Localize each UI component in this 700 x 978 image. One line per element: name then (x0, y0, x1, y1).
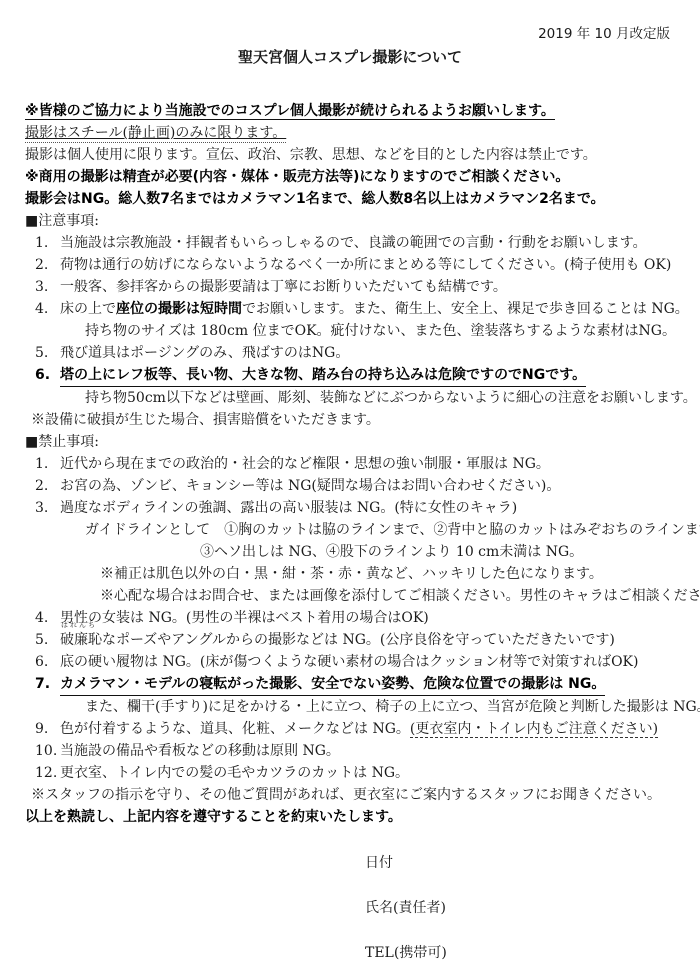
prohibit-item-6: 6. 底の硬い履物は NG。(床が傷つくような硬い素材の場合はクッション材等で対… (25, 651, 675, 673)
intro-section: ※皆様のご協力により当施設でのコスプレ個人撮影が続けられるようお願いします。 撮… (25, 100, 675, 210)
intro-line-commercial: ※商用の撮影は精査が必要(内容・媒体・販売方法等)になりますのでご相談ください。 (25, 166, 675, 188)
prohibit-item-7: 7. カメラマン・モデルの寝転がった撮影、安全でない姿勢、危険な位置での撮影は … (25, 673, 675, 696)
prohibit-item-12: 12. 更衣室、トイレ内での髪の毛やカツラのカットは NG。 (25, 762, 675, 784)
notice-item-6-continued: 持ち物50cm以下などは壁画、彫刻、装飾などにぶつからないように細心の注意をお願… (85, 387, 675, 409)
prohibit-item-3-note-2: ※心配な場合はお問合せ、または画像を添付してご相談ください。男性のキャラはご相談… (100, 585, 675, 607)
page-title: 聖天宮個人コスプレ撮影について (0, 48, 700, 66)
document-page: 2019 年 10 月改定版 聖天宮個人コスプレ撮影について ※皆様のご協力によ… (0, 0, 700, 978)
prohibit-item-3-guideline-2: ③ヘソ出しは NG、④股下のラインより 10 cm未満は NG。 (200, 541, 675, 563)
prohibit-item-5: 5. 破廉恥はれんちなポーズやアングルからの撮影などは NG。(公序良俗を守って… (25, 629, 675, 651)
closing-agreement: 以上を熟読し、上記内容を遵守することを約束いたします。 (25, 806, 675, 828)
intro-line-cooperation: ※皆様のご協力により当施設でのコスプレ個人撮影が続けられるようお願いします。 (25, 100, 675, 122)
prohibit-item-9: 9. 色が付着するような、道具、化粧、メークなどは NG。(更衣室内・トイレ内も… (25, 718, 675, 740)
prohibit-item-4: 4. 男性の女装は NG。(男性の半裸はベスト着用の場合はOK) (25, 607, 675, 629)
notice-damage-note: ※設備に破損が生じた場合、損害賠償をいただきます。 (31, 409, 675, 431)
prohibit-item-3-guideline: ガイドラインとして ①胸のカットは脇のラインまで、②背中と脇のカットはみぞおちの… (85, 519, 675, 541)
notice-item-3: 3. 一般客、参拝客からの撮影要請は丁寧にお断りいただいても結構です。 (25, 276, 675, 298)
furigana: はれんち (61, 622, 97, 629)
notice-item-6: 6. 塔の上にレフ板等、長い物、大きな物、踏み台の持ち込みは危険ですのでNGです… (25, 364, 675, 387)
prohibit-section-header: ■禁止事項: (25, 431, 675, 453)
prohibit-item-7-continued: また、欄干(手すり)に足をかける・上に立つ、椅子の上に立つ、当宮が危険と判断した… (85, 696, 675, 718)
signature-block: 日付 氏名(責任者) TEL(携帯可) (365, 854, 675, 962)
document-body: ※皆様のご協力により当施設でのコスプレ個人撮影が続けられるようお願いします。 撮… (0, 100, 700, 962)
ruby-word: 破廉恥はれんち (60, 629, 102, 651)
signature-name-label: 氏名(責任者) (365, 899, 675, 917)
prohibit-item-1: 1. 近代から現在までの政治的・社会的など権限・思想の強い制服・軍服は NG。 (25, 453, 675, 475)
notice-item-4: 4. 床の上で座位の撮影は短時間でお願いします。また、衛生上、安全上、裸足で歩き… (25, 298, 675, 320)
notice-section-header: ■注意事項: (25, 210, 675, 232)
notice-item-2: 2. 荷物は通行の妨げにならないようなるべく一か所にまとめる等にしてください。(… (25, 254, 675, 276)
intro-line-still-only: 撮影はスチール(静止画)のみに限ります。 (25, 122, 675, 144)
prohibit-item-10: 10. 当施設の備品や看板などの移動は原則 NG。 (25, 740, 675, 762)
closing-staff-note: ※スタッフの指示を守り、その他ご質問があれば、更衣室にご案内するスタッフにお聞き… (31, 784, 675, 806)
notice-item-4-continued: 持ち物のサイズは 180cm 位までOK。疵付けない、また色、塗装落ちするような… (85, 320, 675, 342)
prohibit-item-2: 2. お宮の為、ゾンビ、キョンシー等は NG(疑問な場合はお問い合わせください)… (25, 475, 675, 497)
prohibit-item-3: 3. 過度なボディラインの強調、露出の高い服装は NG。(特に女性のキャラ) (25, 497, 675, 519)
prohibit-item-3-note-1: ※補正は肌色以外の白・黒・紺・茶・赤・黄など、ハッキリした色になります。 (100, 563, 675, 585)
intro-line-group-limit: 撮影会はNG。総人数7名まではカメラマン1名まで、総人数8名以上はカメラマン2名… (25, 188, 675, 210)
notice-item-1: 1. 当施設は宗教施設・拝観者もいらっしゃるので、良識の範囲での言動・行動をお願… (25, 232, 675, 254)
signature-tel-label: TEL(携帯可) (365, 944, 675, 962)
revision-date: 2019 年 10 月改定版 (0, 0, 700, 42)
notice-item-5: 5. 飛び道具はポージングのみ、飛ばすのはNG。 (25, 342, 675, 364)
intro-line-personal-use: 撮影は個人使用に限ります。宣伝、政治、宗教、思想、などを目的とした内容は禁止です… (25, 144, 675, 166)
signature-date-label: 日付 (365, 854, 675, 872)
